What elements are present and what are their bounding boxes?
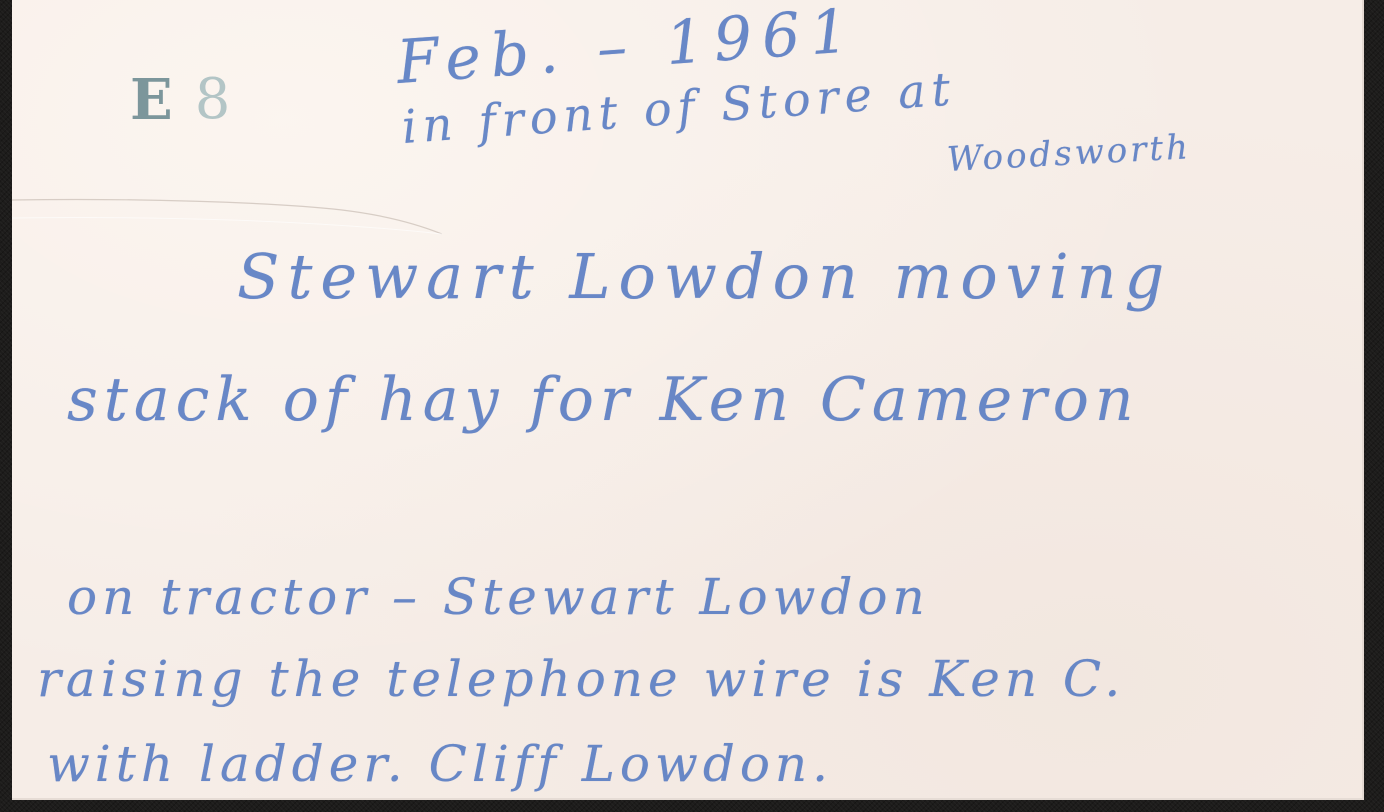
stamp-number: 8	[195, 72, 231, 128]
stamp-letter: E	[130, 72, 173, 128]
handwritten-line-6: raising the telephone wire is Ken C.	[37, 650, 1125, 708]
photo-back-card: E 8 Feb. – 1961 in front of Store at Woo…	[12, 0, 1364, 800]
catalog-stamp: E 8	[130, 72, 230, 128]
paper-crease	[12, 196, 442, 236]
handwritten-line-7: with ladder. Cliff Lowdon.	[47, 735, 833, 793]
handwritten-town: Woodsworth	[946, 127, 1192, 180]
handwritten-line-3: Stewart Lowdon moving	[237, 240, 1172, 313]
handwritten-line-5: on tractor – Stewart Lowdon	[67, 568, 930, 626]
handwritten-line-4: stack of hay for Ken Cameron	[67, 365, 1140, 435]
